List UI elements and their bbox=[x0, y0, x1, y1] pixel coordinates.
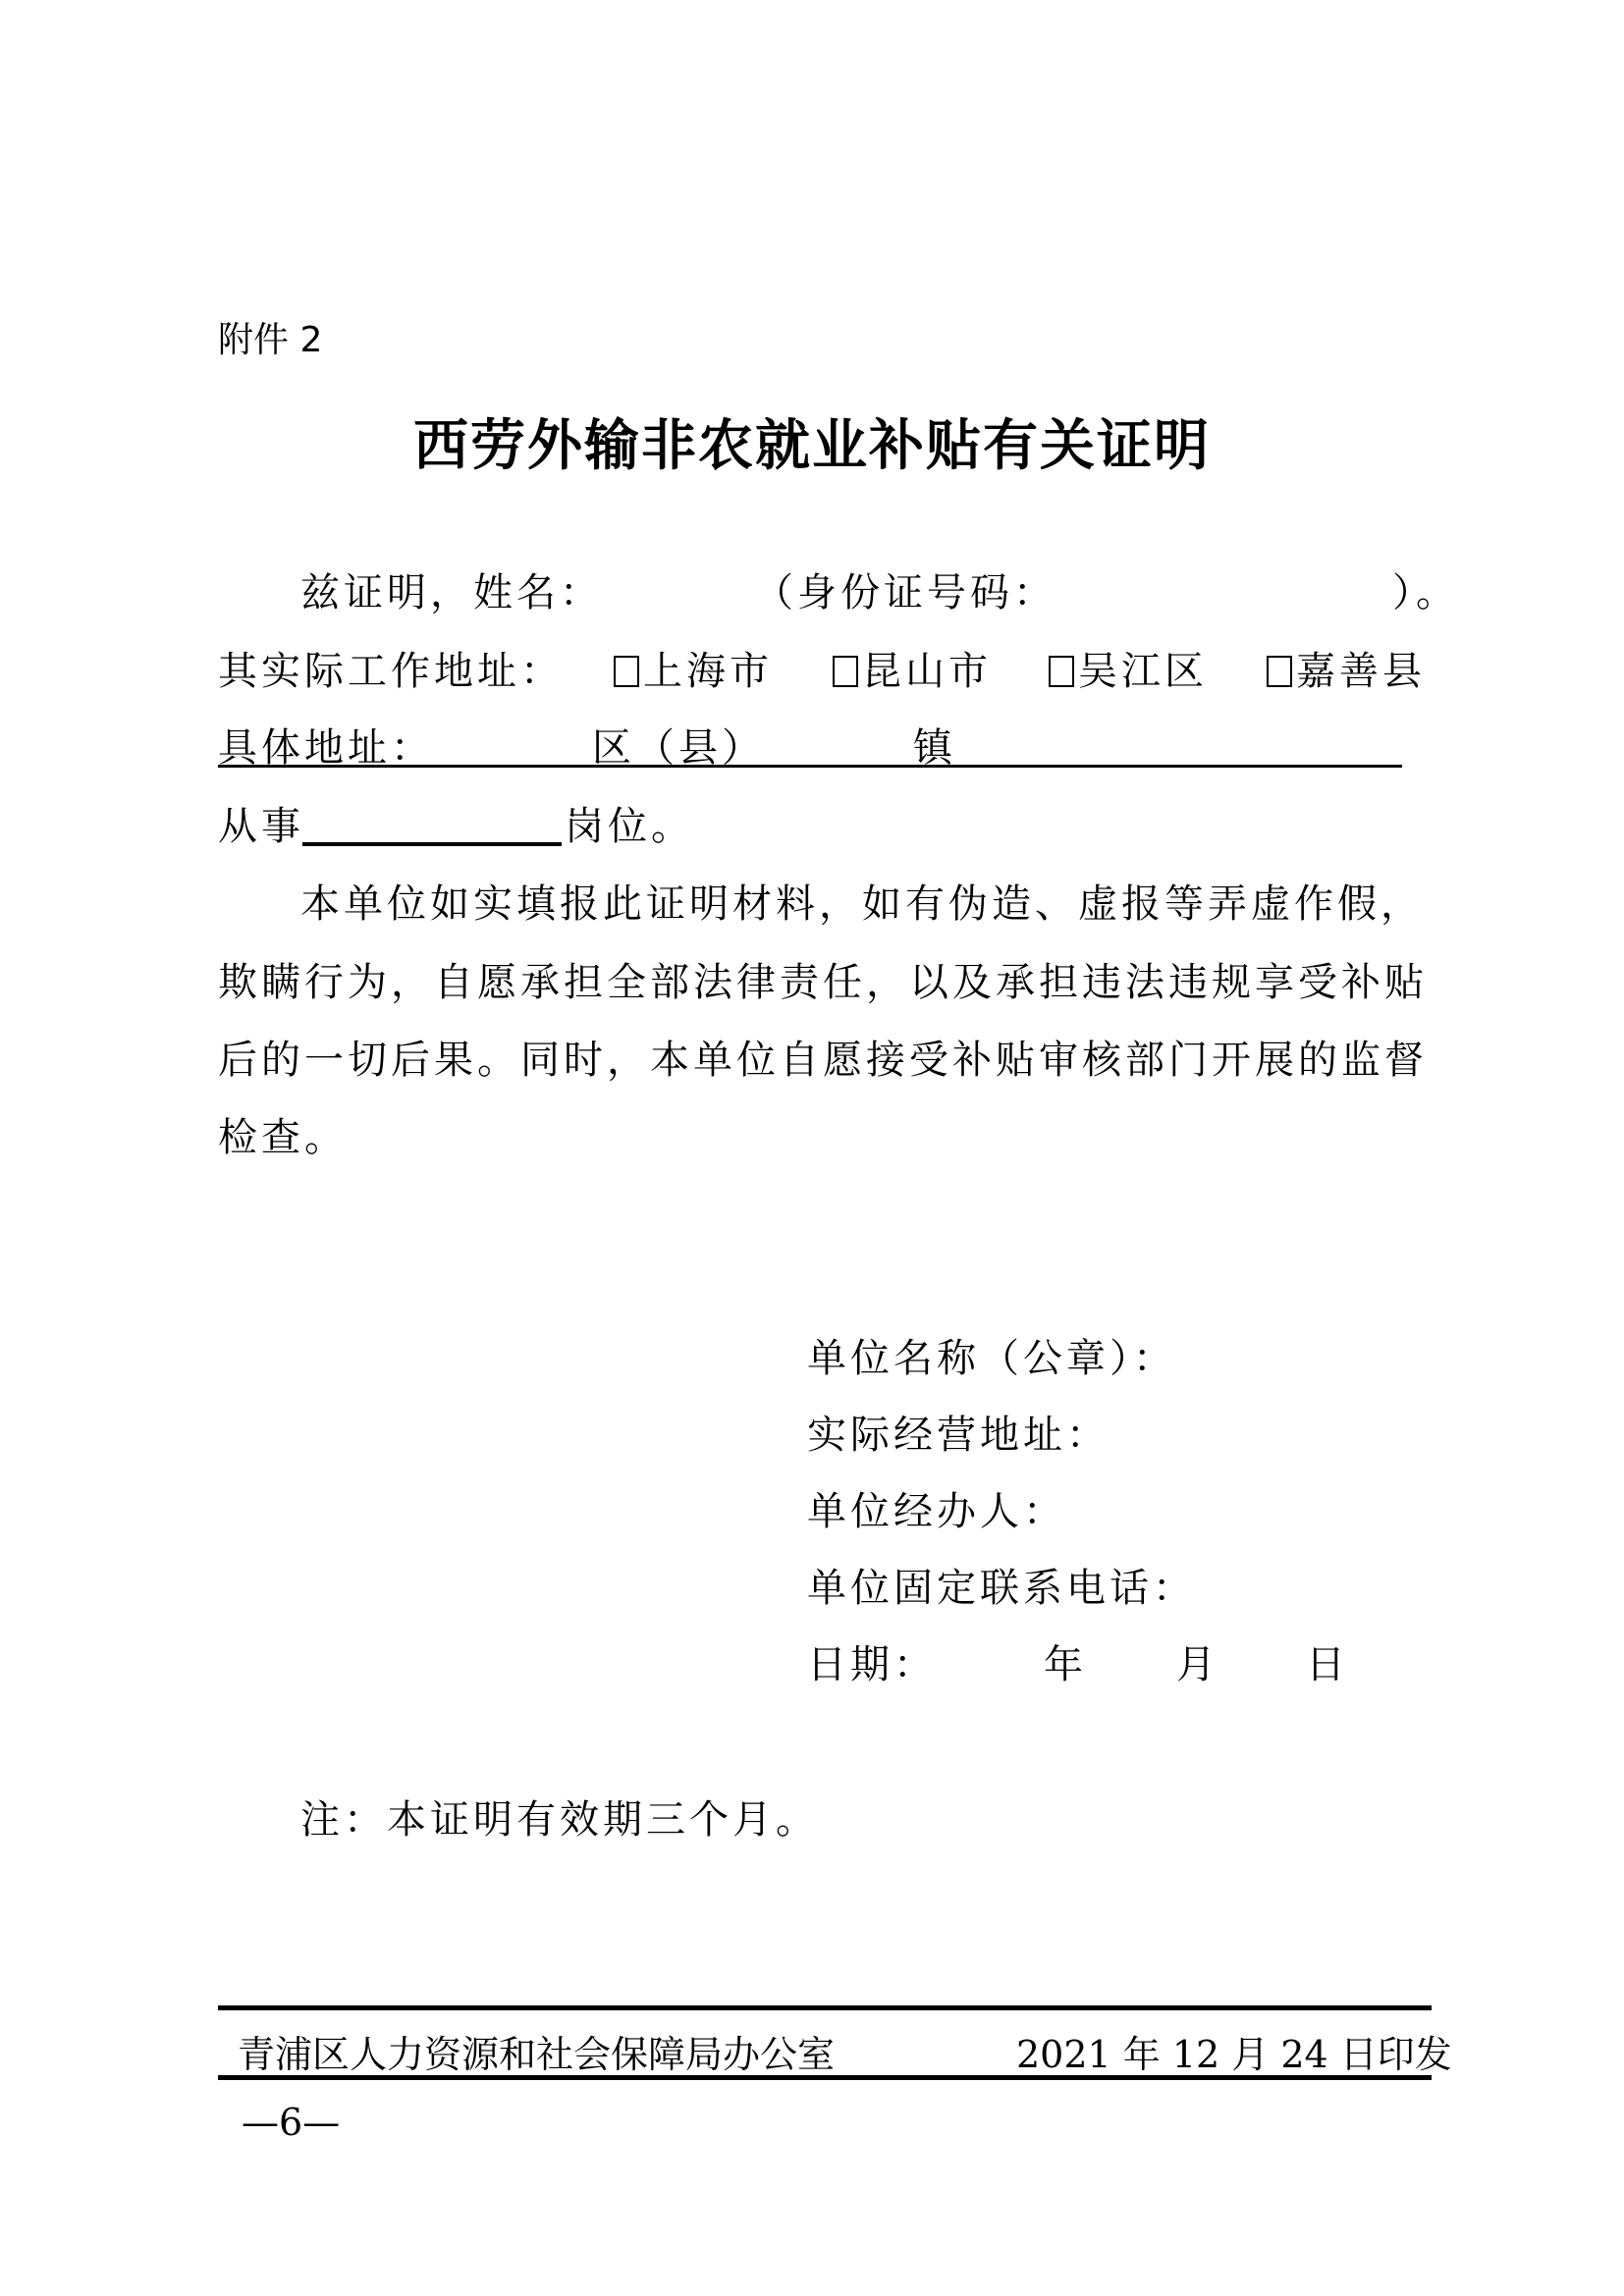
declaration-line-1: 本单位如实填报此证明材料，如有伪造、虚报等弄虚作假， bbox=[300, 881, 1424, 928]
address-underline[interactable] bbox=[218, 765, 1402, 768]
position-suffix: 岗位。 bbox=[565, 803, 694, 850]
option-jiashan[interactable]: 嘉善县 bbox=[1267, 648, 1426, 695]
validity-note: 注：本证明有效期三个月。 bbox=[300, 1796, 819, 1843]
checkbox-icon[interactable] bbox=[833, 656, 858, 687]
footer-issue-date: 2021 年 12 月 24 日印发 bbox=[1016, 2024, 1452, 2078]
declaration-line-3: 后的一切后果。同时，本单位自愿接受补贴审核部门开展的监督 bbox=[218, 1037, 1428, 1084]
footer-bottom-rule bbox=[218, 2075, 1432, 2080]
option-shanghai[interactable]: 上海市 bbox=[614, 648, 773, 695]
date-day: 日 bbox=[1306, 1641, 1349, 1688]
unit-name-label: 单位名称（公章）： bbox=[807, 1335, 1176, 1382]
page-number: —6— bbox=[242, 2101, 340, 2144]
business-address-label: 实际经营地址： bbox=[807, 1412, 1110, 1459]
work-location-label: 其实际工作地址： bbox=[218, 648, 564, 695]
footer-top-rule bbox=[218, 2005, 1432, 2010]
certify-prefix: 兹证明，姓名： bbox=[300, 570, 603, 615]
date-month: 月 bbox=[1176, 1641, 1219, 1688]
id-number-label: （身份证号码： bbox=[754, 569, 1056, 616]
certify-name-line: 兹证明，姓名： bbox=[300, 569, 603, 616]
checkbox-icon[interactable] bbox=[614, 656, 639, 687]
id-close: ）。 bbox=[1392, 569, 1459, 616]
date-label: 日期： bbox=[807, 1641, 937, 1688]
declaration-line-4: 检查。 bbox=[218, 1114, 348, 1161]
checkbox-icon[interactable] bbox=[1267, 656, 1292, 687]
footer-issuer: 青浦区人力资源和社会保障局办公室 bbox=[238, 2024, 835, 2078]
attachment-label: 附件 2 bbox=[218, 312, 322, 362]
checkbox-icon[interactable] bbox=[1049, 656, 1074, 687]
phone-label: 单位固定联系电话： bbox=[807, 1565, 1196, 1612]
position-underline[interactable] bbox=[302, 842, 562, 846]
document-title: 西劳外输非农就业补贴有关证明 bbox=[0, 402, 1624, 481]
option-wujiang[interactable]: 吴江区 bbox=[1049, 648, 1208, 695]
option-kunshan[interactable]: 昆山市 bbox=[833, 648, 992, 695]
handler-label: 单位经办人： bbox=[807, 1488, 1066, 1535]
date-year: 年 bbox=[1044, 1641, 1087, 1688]
position-prefix: 从事 bbox=[218, 803, 304, 850]
declaration-line-2: 欺瞒行为，自愿承担全部法律责任，以及承担违法违规享受补贴 bbox=[218, 959, 1428, 1006]
